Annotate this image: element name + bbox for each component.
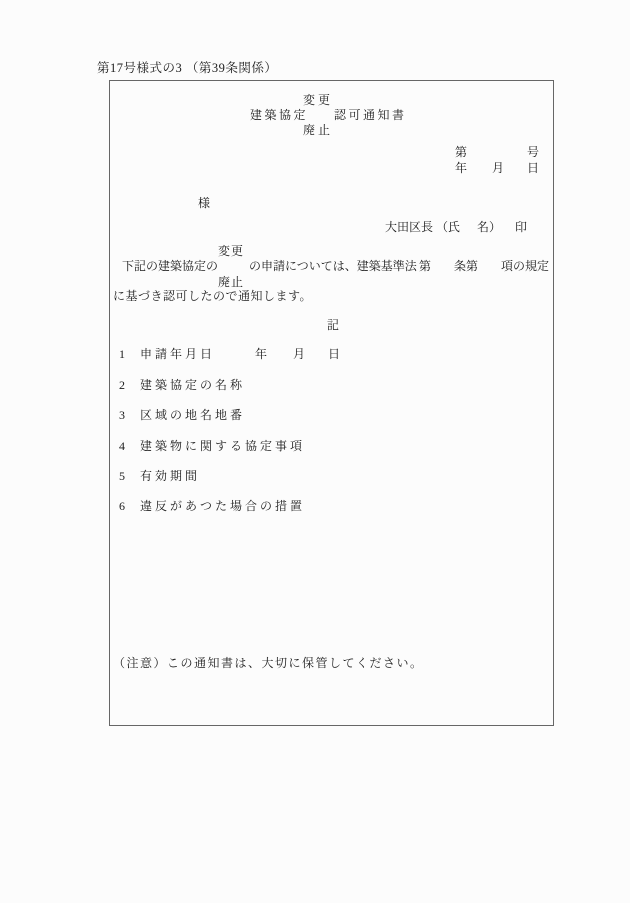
issue-date-year: 年 — [455, 161, 467, 175]
item-6-number: 6 — [119, 499, 125, 513]
body-variant-change: 変更 — [218, 244, 244, 258]
body-segment-clause-suffix: 項の規定 — [501, 259, 549, 273]
item-5-number: 5 — [119, 469, 125, 483]
title-variant-change: 変更 — [303, 93, 333, 107]
item-1-date-year: 年 — [255, 347, 267, 361]
item-1-number: 1 — [119, 347, 125, 361]
title-variant-abolition: 廃止 — [303, 123, 333, 137]
body-segment-article-mid: 条第 — [454, 259, 478, 273]
item-1-date-day: 日 — [328, 347, 340, 361]
list-heading: 記 — [327, 318, 339, 332]
item-1-label: 申請年月日 — [140, 347, 215, 361]
item-2-label: 建築協定の名称 — [140, 378, 245, 392]
title-name-left: 建築協定 — [250, 108, 308, 122]
document-title-line: 建築協定認可通知書 — [250, 108, 407, 122]
item-6-label: 違反があつた場合の措置 — [140, 499, 305, 513]
form-number: 第17号様式の3 （第39条関係） — [97, 61, 277, 75]
issue-date-day: 日 — [527, 161, 539, 175]
item-2-number: 2 — [119, 378, 125, 392]
item-4-number: 4 — [119, 439, 125, 453]
body-segment-article-prefix: 第 — [419, 259, 431, 273]
issue-number-prefix: 第 — [455, 145, 467, 159]
issue-date-month: 月 — [492, 161, 504, 175]
title-name-right: 認可通知書 — [334, 108, 407, 122]
issuer-name-close: 名） — [477, 220, 501, 234]
body-variant-abolition: 廃止 — [218, 275, 244, 289]
form-frame — [109, 80, 554, 726]
item-3-number: 3 — [119, 408, 125, 422]
body-segment-application: の申請については、建築基準法 — [249, 259, 417, 273]
item-1-date-month: 月 — [293, 347, 305, 361]
item-5-label: 有効期間 — [140, 469, 200, 483]
item-4-label: 建築物に関する協定事項 — [140, 439, 305, 453]
body-segment-intro: 下記の建築協定の — [122, 259, 218, 273]
caution-note: （注意）この通知書は、大切に保管してください。 — [113, 656, 424, 670]
document-page: 第17号様式の3 （第39条関係） 変更 建築協定認可通知書 廃止 第 号 年 … — [0, 0, 630, 903]
item-3-label: 区域の地名地番 — [140, 408, 245, 422]
issuer-seal-mark: 印 — [515, 220, 527, 234]
issuer-name-open: （氏 — [436, 220, 460, 234]
issue-number-suffix: 号 — [527, 145, 539, 159]
recipient-honorific: 様 — [198, 196, 210, 210]
body-closing-sentence: に基づき認可したので通知します。 — [113, 289, 312, 303]
issuer-title: 大田区長 — [385, 220, 433, 234]
